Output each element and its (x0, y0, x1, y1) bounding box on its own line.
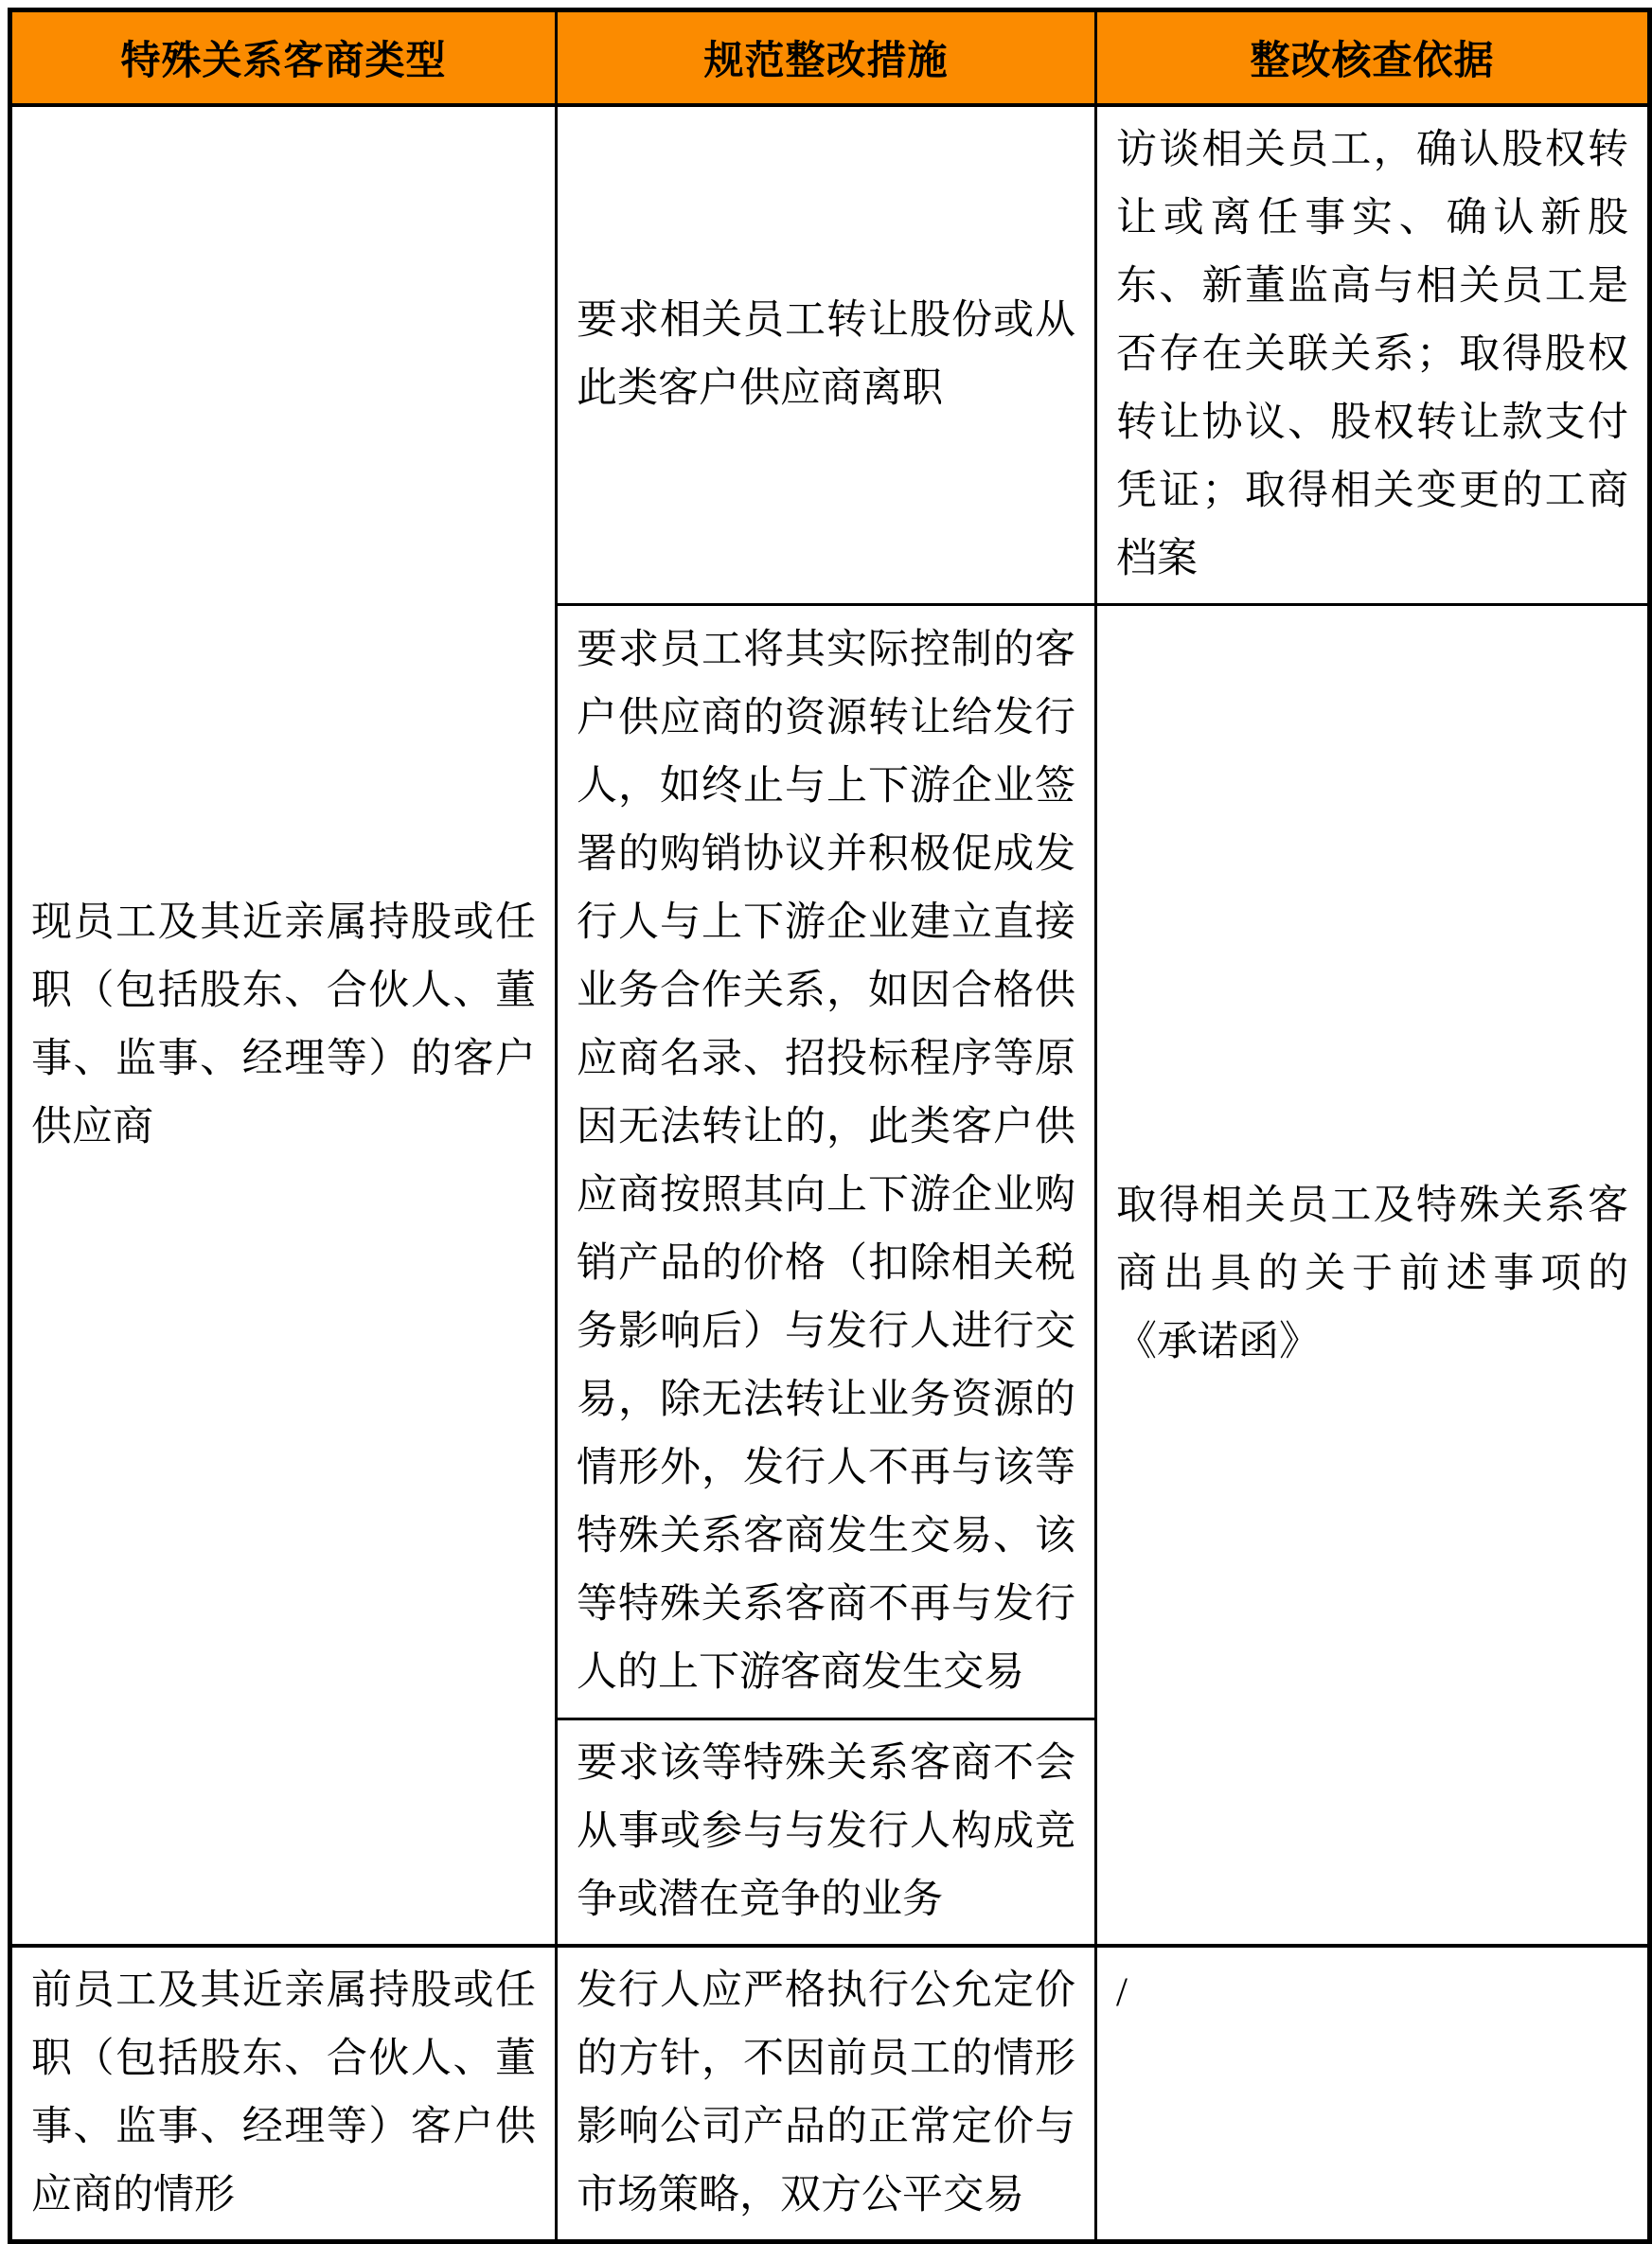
table-row-group2: 前员工及其近亲属持股或任职（包括股东、合伙人、董事、监事、经理等）客户供应商的情… (10, 1946, 1650, 2242)
cell-group2-verification: / (1096, 1946, 1650, 2242)
cell-group2-measure: 发行人应严格执行公允定价的方针，不因前员工的情形影响公司产品的正常定价与市场策略… (557, 1946, 1096, 2242)
header-cell-customer-type: 特殊关系客商类型 (10, 10, 557, 105)
cell-group1-measure-2: 要求员工将其实际控制的客户供应商的资源转让给发行人，如终止与上下游企业签署的购销… (557, 604, 1096, 1719)
header-cell-rectification-measures: 规范整改措施 (557, 10, 1096, 105)
special-relationship-rectification-table: 特殊关系客商类型 规范整改措施 整改核查依据 现员工及其近亲属持股或任职（包括股… (8, 8, 1652, 2244)
cell-group1-measure-1: 要求相关员工转让股份或从此类客户供应商离职 (557, 105, 1096, 605)
cell-group1-measure-3: 要求该等特殊关系客商不会从事或参与与发行人构成竞争或潜在竞争的业务 (557, 1719, 1096, 1946)
header-cell-verification-basis: 整改核查依据 (1096, 10, 1650, 105)
cell-group2-customer-type: 前员工及其近亲属持股或任职（包括股东、合伙人、董事、监事、经理等）客户供应商的情… (10, 1946, 557, 2242)
header-row: 特殊关系客商类型 规范整改措施 整改核查依据 (10, 10, 1650, 105)
table-row-group1-measure1: 现员工及其近亲属持股或任职（包括股东、合伙人、董事、监事、经理等）的客户供应商 … (10, 105, 1650, 605)
rectification-table-container: 特殊关系客商类型 规范整改措施 整改核查依据 现员工及其近亲属持股或任职（包括股… (8, 8, 1647, 2115)
cell-group1-verification-2: 取得相关员工及特殊关系客商出具的关于前述事项的《承诺函》 (1096, 604, 1650, 1946)
cell-group1-customer-type: 现员工及其近亲属持股或任职（包括股东、合伙人、董事、监事、经理等）的客户供应商 (10, 105, 557, 1946)
cell-group1-verification-1: 访谈相关员工，确认股权转让或离任事实、确认新股东、新董监高与相关员工是否存在关联… (1096, 105, 1650, 605)
